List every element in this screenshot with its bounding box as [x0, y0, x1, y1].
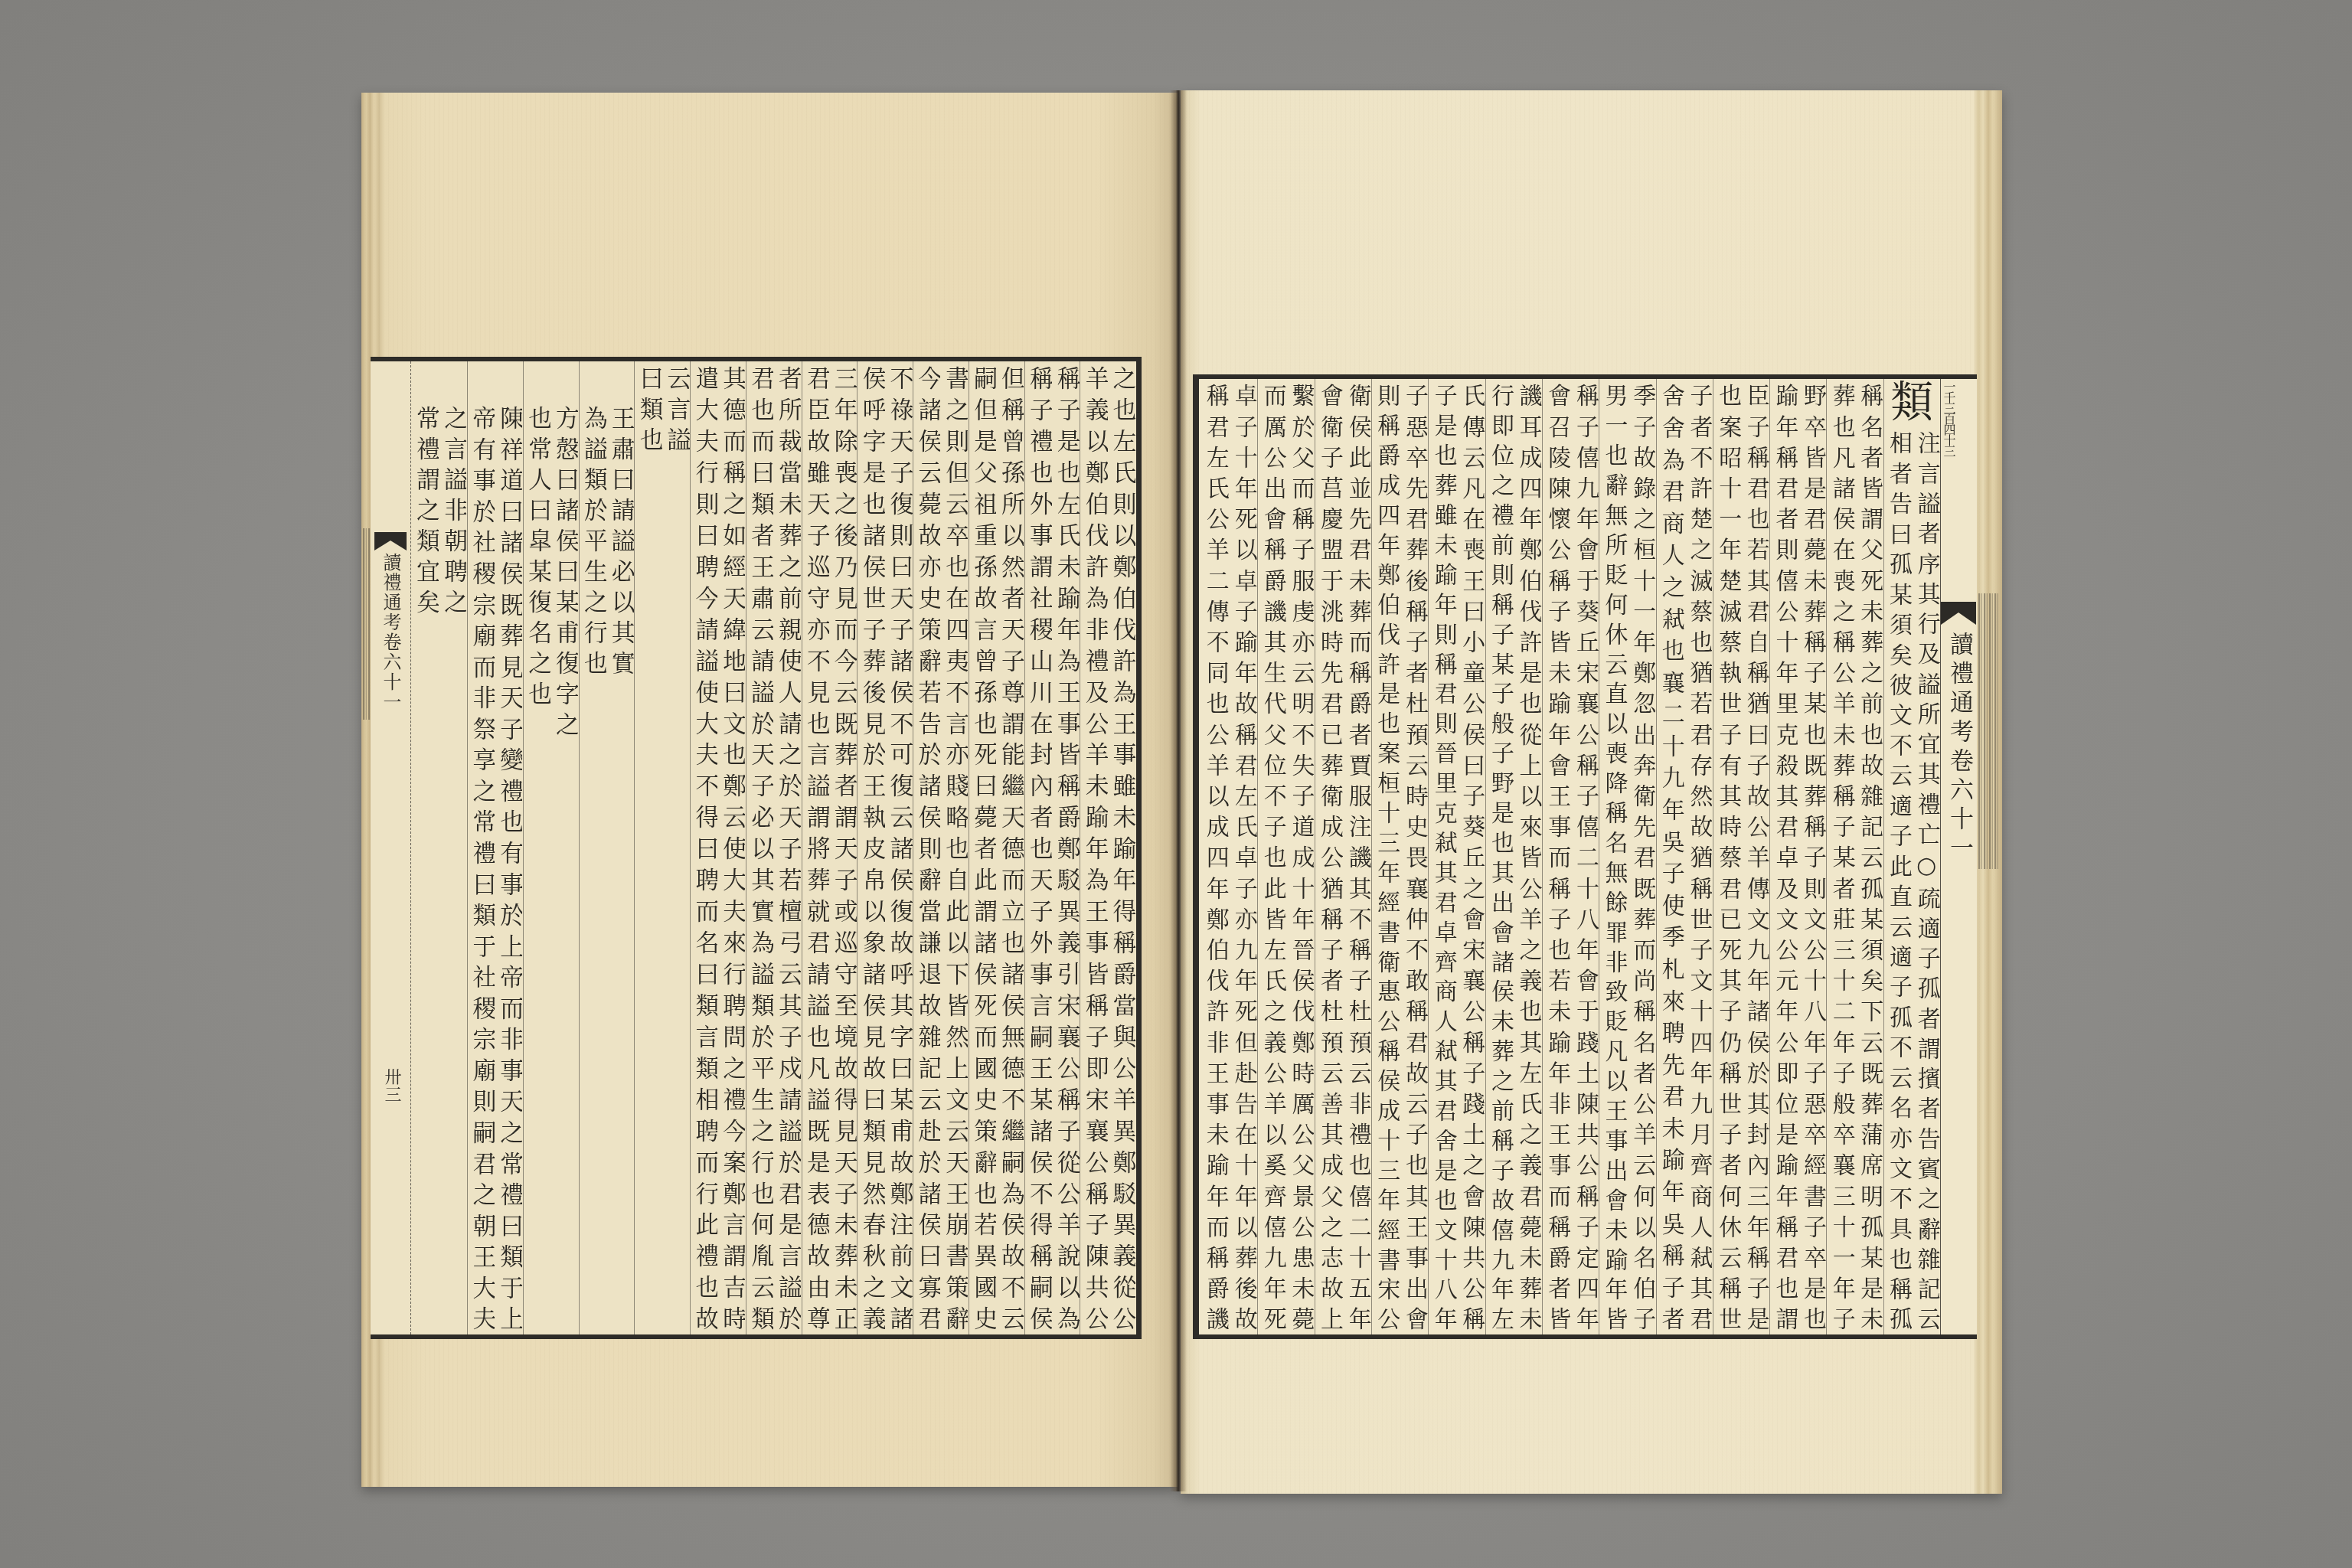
annotation-column: 嗣但是父祖重孫故言曾孫也死曰薨者此謂諸侯死而國史策辭也若異國史: [969, 361, 996, 1334]
text-line: 其德而稱之如經天緯地曰文也鄭云使大夫來行聘問之禮今案鄭言謂吉時 遣大夫行則曰聘今…: [690, 361, 746, 1334]
annotation-column: 之也左氏則以鄭伯伐許為王事雖未踰年得稱爵當與公羊異鄭駁異義從公: [1109, 361, 1135, 1334]
annotation-column: 今諸侯云薨故亦史策辭若告於諸侯則辭當謙退故雜記云赴於諸侯曰寡君: [913, 361, 940, 1334]
annotation-column: 臣子稱君也若其君自稱猶曰子故公羊傳文九年諸侯於其封內三年稱子是: [1742, 379, 1769, 1334]
annotation-column: 君也而曰類者王肅云請謚於天子必以其實為謚類於平生之行也何胤云類: [746, 361, 773, 1334]
double-row-annotation: 其德而稱之如經天緯地曰文也鄭云使大夫來行聘問之禮今案鄭言謂吉時 遣大夫行則曰聘今…: [691, 361, 746, 1334]
double-row-commentary: 陳祥道曰諸侯既葬見天子變禮也有事於上帝而非事天之常禮曰類于上 帝有事於社稷宗廟而…: [468, 361, 523, 1334]
annotation-column: 舍舍為君商人之弒也襄二十九年吳子使季札來聘先君未踰年吳稱子者: [1657, 379, 1684, 1334]
banxin-title: 讀禮通考卷六十一: [1946, 632, 1972, 864]
commentary-column: 常禮謂之類宜矣: [412, 361, 439, 1334]
commentary-line: 之言謚非朝聘之 常禮謂之類宜矣: [411, 361, 467, 1334]
annotation-column: 會衛子莒慶盟于洮時先君已葬衛成公猶稱子者杜預云善其成父之志故上: [1315, 379, 1343, 1334]
double-row-annotation: 譏耳成四年鄭伯伐許是也從上以來皆公羊之義也其左氏之義君薨未葬未 行即位之禮前則稱…: [1486, 379, 1542, 1334]
text-line: 衛侯此並先君未葬而稱爵者賈服注譏其不稱子杜預云非禮也僖二十五年 會衛子莒慶盟于洮…: [1315, 379, 1371, 1334]
text-line: 不祿天子復則曰天子諸侯不可復云諸侯復故呼其字曰某甫故鄭注前文諸 侯呼字是也諸侯世…: [857, 361, 913, 1334]
text-line: 子惡卒先君葬後稱子者杜預云時史畏襄仲不敢稱君故云子也其王事出會 則稱爵成四年鄭伯…: [1371, 379, 1428, 1334]
commentary-line: 王肅曰請謚必以其實 為謚類於平生之行也: [579, 361, 635, 1334]
double-row-annotation: 衛侯此並先君未葬而稱爵者賈服注譏其不稱子杜預云非禮也僖二十五年 會衛子莒慶盟于洮…: [1315, 379, 1371, 1334]
right-page-text: 類 注言謚者序其行及謚所宜其禮亡○疏適子孤者謂擯者告賓之辭雜記云 相者告曰孤某須…: [1200, 379, 1940, 1334]
text-line: 稱名者皆謂父死未葬之前也故雜記云孤某須矣下云既葬蒲席明孤某是未 葬也凡諸侯在喪之…: [1826, 379, 1883, 1334]
double-row-annotation: 子惡卒先君葬後稱子者杜預云時史畏襄仲不敢稱君故云子也其王事出會 則稱爵成四年鄭伯…: [1372, 379, 1428, 1334]
annotation-column: 侯呼字是也諸侯世子葬後見於王執皮帛以象諸侯見故曰類見然春秋之義: [858, 361, 885, 1334]
annotation-column: 稱名者皆謂父死未葬之前也故雜記云孤某須矣下云既葬蒲席明孤某是未: [1855, 379, 1883, 1334]
annotation-column: 云言謚: [663, 361, 690, 1334]
text-line: 書之則但云卒也在四夷不言亦賤略也自此以下皆然上文云天王崩書策辭 今諸侯云薨故亦史…: [913, 361, 969, 1334]
text-line: 類 注言謚者序其行及謚所宜其禮亡○疏適子孤者謂擯者告賓之辭雜記云 相者告曰孤某須…: [1883, 379, 1940, 1334]
double-row-commentary: 方慤曰諸侯曰某甫復字之 也常人曰皐某復名之也: [524, 361, 579, 1334]
double-row-annotation: 之也左氏則以鄭伯伐許為王事雖未踰年得稱爵當與公羊異鄭駁異義從公 羊義以鄭伯伐許為…: [1080, 361, 1135, 1334]
banxin-page-number: 卅三: [382, 1068, 400, 1103]
commentary-column: 陳祥道曰諸侯既葬見天子變禮也有事於上帝而非事天之常禮曰類于上: [495, 361, 522, 1334]
annotation-column: 會召陵陳懷公稱子皆未踰年會王事而稱子也若未踰年非王事而稱爵者皆: [1543, 379, 1570, 1334]
annotation-column: 稱子是也左氏未踰年為王事皆稱爵鄭駁異義引宋襄公稱子從公羊說以為: [1053, 361, 1080, 1334]
annotation-column: 稱子禮也外事謂社稷山川在封內者也天子外事言嗣王某諸侯不得稱嗣侯: [1025, 361, 1052, 1334]
double-row-annotation: 季子故錄之桓十一年鄭忽出奔衛先君既葬而尚稱名者公羊云何以名伯子 男一也辭無所貶何…: [1599, 379, 1655, 1334]
double-row-annotation: 氏傳云凡在喪王曰小童公侯曰子葵丘之會宋襄公稱子踐土之會陳共公稱 子是也葬雖未踰年…: [1429, 379, 1485, 1334]
right-page-edge-stack: [1978, 593, 2000, 869]
double-row-annotation: 稱名者皆謂父死未葬之前也故雜記云孤某須矣下云既葬蒲席明孤某是未 葬也凡諸侯在喪之…: [1827, 379, 1883, 1334]
commentary-column: 王肅曰請謚必以其實: [607, 361, 634, 1334]
banxin-title: 讀禮通考卷六十一: [381, 553, 400, 712]
text-line: 但稱曾孫所以然者天子尊謂能繼天德而立也諸侯無德不繼嗣為侯故不云 嗣但是父祖重孫故…: [969, 361, 1024, 1334]
text-line: 云言謚 曰類也: [634, 361, 690, 1334]
double-row-commentary: 王肅曰請謚必以其實 為謚類於平生之行也: [580, 361, 635, 1334]
double-row-annotation: 臣子稱君也若其君自稱猶曰子故公羊傳文九年諸侯於其封內三年稱子是 也案昭十一年楚滅…: [1713, 379, 1769, 1334]
main-text-char: 類: [1884, 379, 1940, 426]
commentary-column: 也常人曰皐某復名之也: [524, 361, 550, 1334]
commentary-column: 之言謚非朝聘之: [439, 361, 466, 1334]
annotation-column: 羊義以鄭伯伐許為非禮及公羊未踰年為王事皆稱子即宋襄公稱子陳共公: [1081, 361, 1108, 1334]
commentary-column: 帝有事於社稷宗廟而非祭享之常禮曰類于社稷宗廟則嗣君之朝王大夫: [468, 361, 495, 1334]
double-row-annotation: 云言謚 曰類也: [635, 361, 690, 1334]
double-row-annotation: 卓子十年死以卓子踰年故稱君左氏卓子亦九年死但赴告在十年以葬後故 稱君左氏公羊二傳…: [1200, 379, 1257, 1334]
annotation-column: 者所裁當未葬之前親使人請之於天子若檀弓云其子戍請謚於君是言謚於: [774, 361, 801, 1334]
annotation-column: 季子故錄之桓十一年鄭忽出奔衛先君既葬而尚稱名者公羊云何以名伯子: [1628, 379, 1655, 1334]
book-gutter: [1170, 90, 1187, 1491]
double-row-annotation: 稱子僖九年會于葵丘宋襄公稱子僖二十八年會于踐土陳共公稱子定四年 會召陵陳懷公稱子…: [1543, 379, 1599, 1334]
annotation-column: 葬也凡諸侯在喪之稱公羊未葬稱子某者莊三十二年子般卒襄三十一年子: [1828, 379, 1855, 1334]
annotation-column: 則稱爵成四年鄭伯伐許是也案桓十三年經書衛惠公稱侯成十三年經書宋公: [1372, 379, 1400, 1334]
double-row-annotation: 繫於父而稱子服虔亦云明不失子道成十年晉侯伐鄭時厲公父景公患未薨 而厲公出會稱爵譏…: [1258, 379, 1314, 1334]
text-line: 臣子稱君也若其君自稱猶曰子故公羊傳文九年諸侯於其封內三年稱子是 也案昭十一年楚滅…: [1713, 379, 1769, 1334]
text-line: 稱子是也左氏未踰年為王事皆稱爵鄭駁異義引宋襄公稱子從公羊說以為 稱子禮也外事謂社…: [1024, 361, 1080, 1334]
annotation-column: 相者告曰孤某須矣彼文不云適子此直云適子孤不云名亦文不具也稱孤: [1884, 426, 1912, 1334]
commentary-column: 為謚類於平生之行也: [580, 361, 606, 1334]
annotation-column: 子惡卒先君葬後稱子者杜預云時史畏襄仲不敢稱君故云子也其王事出會: [1400, 379, 1428, 1334]
annotation-column: 也案昭十一年楚滅蔡執世子有其時蔡君已死其子仍稱世子者何休云稱世: [1713, 379, 1741, 1334]
annotation-column: 注言謚者序其行及謚所宜其禮亡○疏適子孤者謂擯者告賓之辭雜記云: [1913, 426, 1940, 1334]
text-line: 子者不許楚之滅蔡也猶若君存然故猶稱世子文十四年九月齊商人弒其君 舍舍為君商人之弒…: [1656, 379, 1713, 1334]
text-line: 繫於父而稱子服虔亦云明不失子道成十年晉侯伐鄭時厲公父景公患未薨 而厲公出會稱爵譏…: [1257, 379, 1314, 1334]
annotation-column: 曰類也: [635, 361, 662, 1334]
double-row-annotation: 子者不許楚之滅蔡也猶若君存然故猶稱世子文十四年九月齊商人弒其君 舍舍為君商人之弒…: [1657, 379, 1713, 1334]
annotation-column: 不祿天子復則曰天子諸侯不可復云諸侯復故呼其字曰某甫故鄭注前文諸: [886, 361, 913, 1334]
annotation-column: 踰年稱君者則僖公十年里克殺其君卓及文公元年公即位是踰年稱君也謂: [1770, 379, 1798, 1334]
annotation-column: 遣大夫行則曰聘今請謚使大夫不得曰聘而名曰類言類相聘而行此禮也故: [691, 361, 717, 1334]
annotation-column: 子者不許楚之滅蔡也猶若君存然故猶稱世子文十四年九月齊商人弒其君: [1684, 379, 1712, 1334]
text-line: 者所裁當未葬之前親使人請之於天子若檀弓云其子戍請謚於君是言謚於 君也而曰類者王肅…: [746, 361, 802, 1334]
double-row-annotation: 但稱曾孫所以然者天子尊謂能繼天德而立也諸侯無德不繼嗣為侯故不云 嗣但是父祖重孫故…: [969, 361, 1024, 1334]
left-page-text: 之也左氏則以鄭伯伐許為王事雖未踰年得稱爵當與公羊異鄭駁異義從公 羊義以鄭伯伐許為…: [411, 361, 1135, 1334]
annotation-column: 稱君左氏公羊二傳不同也公羊以成四年鄭伯伐許非王事未踰年而稱爵譏: [1201, 379, 1229, 1334]
text-line: 季子故錄之桓十一年鄭忽出奔衛先君既葬而尚稱名者公羊云何以名伯子 男一也辭無所貶何…: [1599, 379, 1655, 1334]
text-line: 野卒皆是君薨未葬稱子某也既葬稱子則文公十八年子惡卒經書子卒是也 踰年稱君者則僖公…: [1769, 379, 1826, 1334]
annotation-column: 氏傳云凡在喪王曰小童公侯曰子葵丘之會宋襄公稱子踐土之會陳共公稱: [1457, 379, 1485, 1334]
fishtail-mark-icon: [373, 532, 408, 550]
left-page-banxin: [371, 361, 411, 1334]
commentary-line: 方慤曰諸侯曰某甫復字之 也常人曰皐某復名之也: [523, 361, 579, 1334]
text-line: 三年除喪之後乃見而今云既葬者謂天子或巡守至境故得見天子未葬未正 君臣故雖天子巡守…: [802, 361, 857, 1334]
double-row-annotation: 野卒皆是君薨未葬稱子某也既葬稱子則文公十八年子惡卒經書子卒是也 踰年稱君者則僖公…: [1770, 379, 1826, 1334]
text-line: 稱子僖九年會于葵丘宋襄公稱子僖二十八年會于踐土陳共公稱子定四年 會召陵陳懷公稱子…: [1542, 379, 1599, 1334]
double-row-annotation: 書之則但云卒也在四夷不言亦賤略也自此以下皆然上文云天王崩書策辭 今諸侯云薨故亦史…: [913, 361, 969, 1334]
text-line: 卓子十年死以卓子踰年故稱君左氏卓子亦九年死但赴告在十年以葬後故 稱君左氏公羊二傳…: [1200, 379, 1257, 1334]
annotation-column: 而厲公出會稱爵譏其生代父位不子也此皆左氏之義公羊以奚齊僖九年死: [1259, 379, 1286, 1334]
double-row-commentary: 之言謚非朝聘之 常禮謂之類宜矣: [411, 361, 467, 1334]
annotation-column: 野卒皆是君薨未葬稱子某也既葬稱子則文公十八年子惡卒經書子卒是也: [1798, 379, 1826, 1334]
banxin-char-count: 一千三百四十三: [1942, 381, 1955, 456]
annotation-column: 君臣故雖天子巡守亦不見也言謚謂將葬就君請謚也凡謚既是表德故由尊: [802, 361, 829, 1334]
fishtail-mark-icon: [1941, 602, 1976, 625]
double-row-annotation: 稱子是也左氏未踰年為王事皆稱爵鄭駁異義引宋襄公稱子從公羊說以為 稱子禮也外事謂社…: [1025, 361, 1080, 1334]
double-row-annotation: 者所裁當未葬之前親使人請之於天子若檀弓云其子戍請謚於君是言謚於 君也而曰類者王肅…: [746, 361, 802, 1334]
double-row-annotation: 不祿天子復則曰天子諸侯不可復云諸侯復故呼其字曰某甫故鄭注前文諸 侯呼字是也諸侯世…: [857, 361, 913, 1334]
annotation-column: 繫於父而稱子服虔亦云明不失子道成十年晉侯伐鄭時厲公父景公患未薨: [1286, 379, 1314, 1334]
double-row-annotation: 三年除喪之後乃見而今云既葬者謂天子或巡守至境故得見天子未葬未正 君臣故雖天子巡守…: [802, 361, 857, 1334]
annotation-column: 其德而稱之如經天緯地曰文也鄭云使大夫來行聘問之禮今案鄭言謂吉時: [718, 361, 745, 1334]
annotation-column: 稱子僖九年會于葵丘宋襄公稱子僖二十八年會于踐土陳共公稱子定四年: [1571, 379, 1599, 1334]
annotation-column: 行即位之禮前則稱子某子般子野是也其出會諸侯未葬之前稱子故僖九年左: [1486, 379, 1514, 1334]
annotation-column: 衛侯此並先君未葬而稱爵者賈服注譏其不稱子杜預云非禮也僖二十五年: [1344, 379, 1371, 1334]
annotation-column: 子是也葬雖未踰年則稱君則晉里克弒其君卓齊商人弒其君舍是也文十八年: [1429, 379, 1457, 1334]
text-line: 譏耳成四年鄭伯伐許是也從上以來皆公羊之義也其左氏之義君薨未葬未 行即位之禮前則稱…: [1485, 379, 1542, 1334]
annotation-column: 譏耳成四年鄭伯伐許是也從上以來皆公羊之義也其左氏之義君薨未葬未: [1514, 379, 1542, 1334]
annotation-column: 書之則但云卒也在四夷不言亦賤略也自此以下皆然上文云天王崩書策辭: [941, 361, 968, 1334]
text-line: 之也左氏則以鄭伯伐許為王事雖未踰年得稱爵當與公羊異鄭駁異義從公 羊義以鄭伯伐許為…: [1080, 361, 1135, 1334]
text-line: 氏傳云凡在喪王曰小童公侯曰子葵丘之會宋襄公稱子踐土之會陳共公稱 子是也葬雖未踰年…: [1428, 379, 1485, 1334]
commentary-line: 陳祥道曰諸侯既葬見天子變禮也有事於上帝而非事天之常禮曰類于上 帝有事於社稷宗廟而…: [467, 361, 523, 1334]
annotation-column: 三年除喪之後乃見而今云既葬者謂天子或巡守至境故得見天子未葬未正: [830, 361, 857, 1334]
double-row-annotation: 注言謚者序其行及謚所宜其禮亡○疏適子孤者謂擯者告賓之辭雜記云 相者告曰孤某須矣彼…: [1884, 426, 1940, 1334]
annotation-column: 卓子十年死以卓子踰年故稱君左氏卓子亦九年死但赴告在十年以葬後故: [1230, 379, 1257, 1334]
annotation-column: 男一也辭無所貶何休云直以喪降稱名無餘罪非致貶凡以王事出會未踰年皆: [1600, 379, 1628, 1334]
annotation-column: 但稱曾孫所以然者天子尊謂能繼天德而立也諸侯無德不繼嗣為侯故不云: [997, 361, 1024, 1334]
commentary-column: 方慤曰諸侯曰某甫復字之: [551, 361, 578, 1334]
